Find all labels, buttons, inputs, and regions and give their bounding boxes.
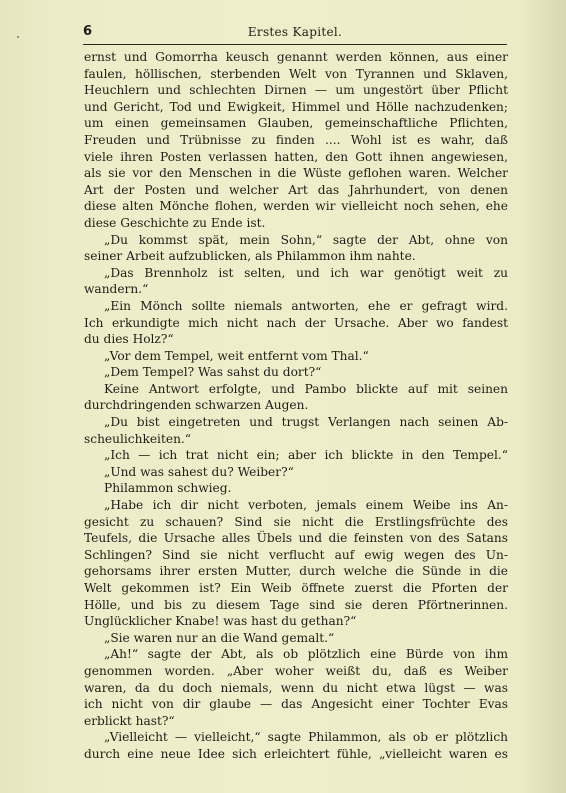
text-line: wandern.“	[84, 281, 508, 298]
text-line: „Du bist eingetreten und trugst Verlange…	[84, 414, 508, 431]
text-line: „Ich — ich trat nicht ein; aber ich blic…	[84, 447, 508, 464]
text-line: „Dem Tempel? Was sahst du dort?“	[84, 364, 508, 381]
text-line: „Ah!“ sagte der Abt, als ob plötzlich ei…	[84, 646, 508, 663]
text-line: waren, da du doch niemals, wenn du nicht…	[84, 680, 508, 697]
text-line: seiner Arbeit aufzublicken, als Philammo…	[84, 248, 508, 265]
text-line: Teufels, die Ursache alles Übels und die…	[84, 530, 508, 547]
text-line: Ich erkundigte mich nicht nach der Ursac…	[84, 315, 508, 332]
text-line: „Das Brennholz ist selten, und ich war g…	[84, 265, 508, 282]
text-line: viele ihren Posten verlassen hatten, den…	[84, 149, 508, 166]
text-line: „Du kommst spät, mein Sohn,“ sagte der A…	[84, 232, 508, 249]
page-header: 6 Erstes Kapitel.	[83, 24, 507, 44]
text-line: Hölle, und bis zu diesem Tage sind sie d…	[84, 597, 508, 614]
text-line: ich nicht von dir glaube — das Angesicht…	[84, 696, 508, 713]
text-line: gesicht zu schauen? Sind sie nicht die E…	[84, 514, 508, 531]
text-line: Schlingen? Sind sie nicht verflucht auf …	[84, 547, 508, 564]
scan-speck	[17, 36, 19, 38]
running-head: Erstes Kapitel.	[83, 25, 507, 39]
text-line: Unglücklicher Knabe! was hast du gethan?…	[84, 613, 508, 630]
text-line: Art der Posten und welcher Art das Jahrh…	[84, 182, 508, 199]
header-rule	[83, 44, 507, 45]
text-line: durch eine neue Idee sich erleichtert fü…	[84, 746, 508, 763]
text-line: „Vielleicht — vielleicht,“ sagte Philamm…	[84, 729, 508, 746]
book-page: 6 Erstes Kapitel. ernst und Gomorrha keu…	[0, 0, 566, 793]
text-line: Heuchlern und schlechten Dirnen — um ung…	[84, 82, 508, 99]
text-line: diese alten Mönche flohen, werden wir vi…	[84, 198, 508, 215]
text-line: als sie vor den Menschen in die Wüste ge…	[84, 165, 508, 182]
text-line: und Gericht, Tod und Ewigkeit, Himmel un…	[84, 99, 508, 116]
text-line: „Ein Mönch sollte niemals antworten, ehe…	[84, 298, 508, 315]
text-line: „Habe ich dir nicht verboten, jemals ein…	[84, 497, 508, 514]
text-line: „Sie waren nur an die Wand gemalt.“	[84, 630, 508, 647]
text-line: scheulichkeiten.“	[84, 431, 508, 448]
text-line: erblickt hast?“	[84, 713, 508, 730]
text-line: durchdringenden schwarzen Augen.	[84, 397, 508, 414]
body-text: ernst und Gomorrha keusch genannt werden…	[84, 49, 508, 763]
text-line: „Vor dem Tempel, weit entfernt vom Thal.…	[84, 348, 508, 365]
text-line: genommen worden. „Aber woher weißt du, d…	[84, 663, 508, 680]
text-line: Keine Antwort erfolgte, und Pambo blickt…	[84, 381, 508, 398]
text-line: du dies Holz?“	[84, 331, 508, 348]
text-line: ernst und Gomorrha keusch genannt werden…	[84, 49, 508, 66]
text-line: um einen gemeinsamen Glauben, gemeinscha…	[84, 115, 508, 132]
text-line: Philammon schwieg.	[84, 480, 508, 497]
text-line: „Und was sahest du? Weiber?“	[84, 464, 508, 481]
text-line: Freuden und Trübnisse zu finden .... Woh…	[84, 132, 508, 149]
text-line: faulen, höllischen, sterbenden Welt von …	[84, 66, 508, 83]
text-line: diese Geschichte zu Ende ist.	[84, 215, 508, 232]
text-line: Welt gekommen ist? Ein Weib öffnete zuer…	[84, 580, 508, 597]
text-line: gehorsams ihrer ersten Mutter, durch wel…	[84, 563, 508, 580]
